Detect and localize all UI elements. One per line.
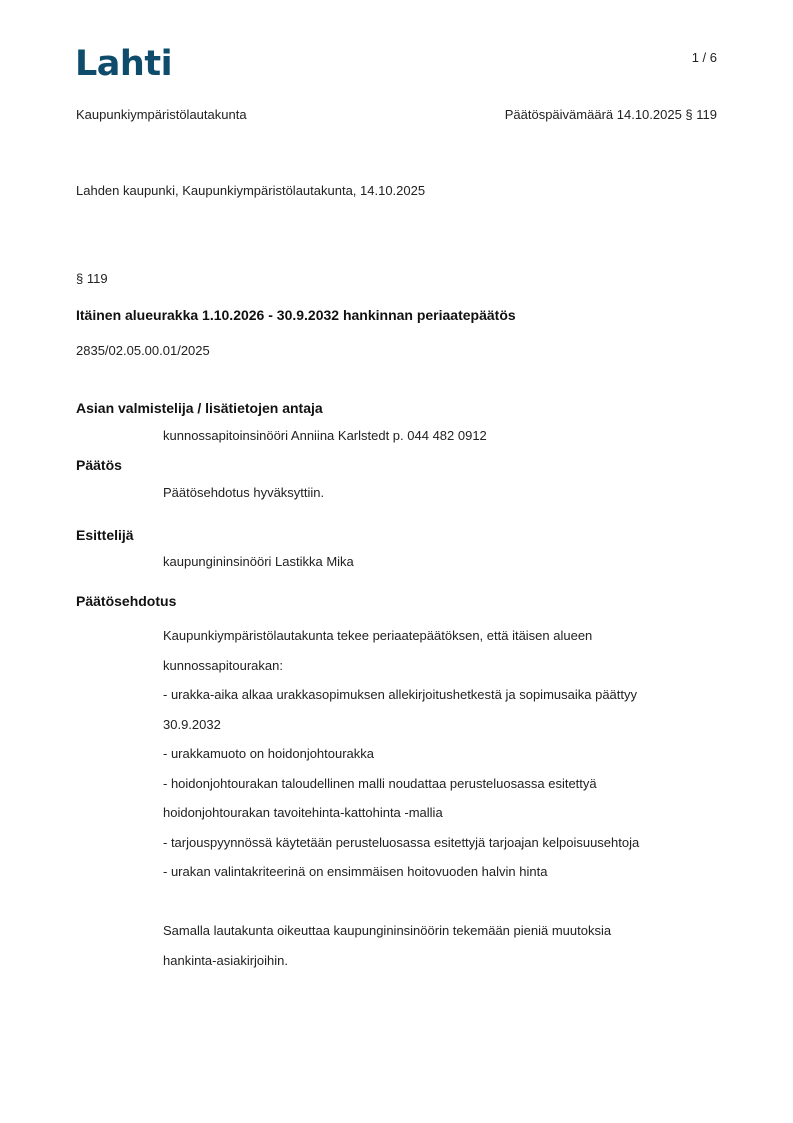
header-decision-date: Päätöspäivämäärä 14.10.2025 § 119 — [505, 107, 717, 122]
proposal-spacer — [163, 891, 723, 921]
diary-number: 2835/02.05.00.01/2025 — [76, 343, 210, 358]
header-body-name: Kaupunkiympäristölautakunta — [76, 107, 247, 122]
preparer-label: Asian valmistelija / lisätietojen antaja — [76, 400, 323, 416]
proposal-line: hankinta-asiakirjoihin. — [163, 950, 723, 980]
proposal-line: - urakka-aika alkaa urakkasopimuksen all… — [163, 684, 723, 714]
proposal-line: - tarjouspyynnössä käytetään perusteluos… — [163, 832, 723, 862]
decision-label: Päätös — [76, 457, 122, 473]
proposal-label: Päätösehdotus — [76, 593, 176, 609]
proposal-line: hoidonjohtourakan tavoitehinta-kattohint… — [163, 802, 723, 832]
document-page: Lahti 1 / 6 Kaupunkiympäristölautakunta … — [0, 0, 793, 1123]
meeting-line: Lahden kaupunki, Kaupunkiympäristölautak… — [76, 183, 425, 198]
decision-value: Päätösehdotus hyväksyttiin. — [163, 485, 324, 500]
section-mark: § 119 — [76, 271, 108, 286]
page-number: 1 / 6 — [692, 50, 717, 65]
presenter-label: Esittelijä — [76, 527, 134, 543]
lahti-logo: Lahti — [75, 44, 172, 84]
proposal-line: Samalla lautakunta oikeuttaa kaupunginin… — [163, 920, 723, 950]
proposal-line: - urakkamuoto on hoidonjohtourakka — [163, 743, 723, 773]
proposal-body: Kaupunkiympäristölautakunta tekee periaa… — [163, 625, 723, 979]
document-title: Itäinen alueurakka 1.10.2026 - 30.9.2032… — [76, 307, 516, 323]
presenter-value: kaupungininsinööri Lastikka Mika — [163, 554, 354, 569]
proposal-line: kunnossapitourakan: — [163, 655, 723, 685]
proposal-line: Kaupunkiympäristölautakunta tekee periaa… — [163, 625, 723, 655]
preparer-value: kunnossapitoinsinööri Anniina Karlstedt … — [163, 428, 487, 443]
proposal-line: - hoidonjohtourakan taloudellinen malli … — [163, 773, 723, 803]
proposal-line: - urakan valintakriteerinä on ensimmäise… — [163, 861, 723, 891]
proposal-line: 30.9.2032 — [163, 714, 723, 744]
